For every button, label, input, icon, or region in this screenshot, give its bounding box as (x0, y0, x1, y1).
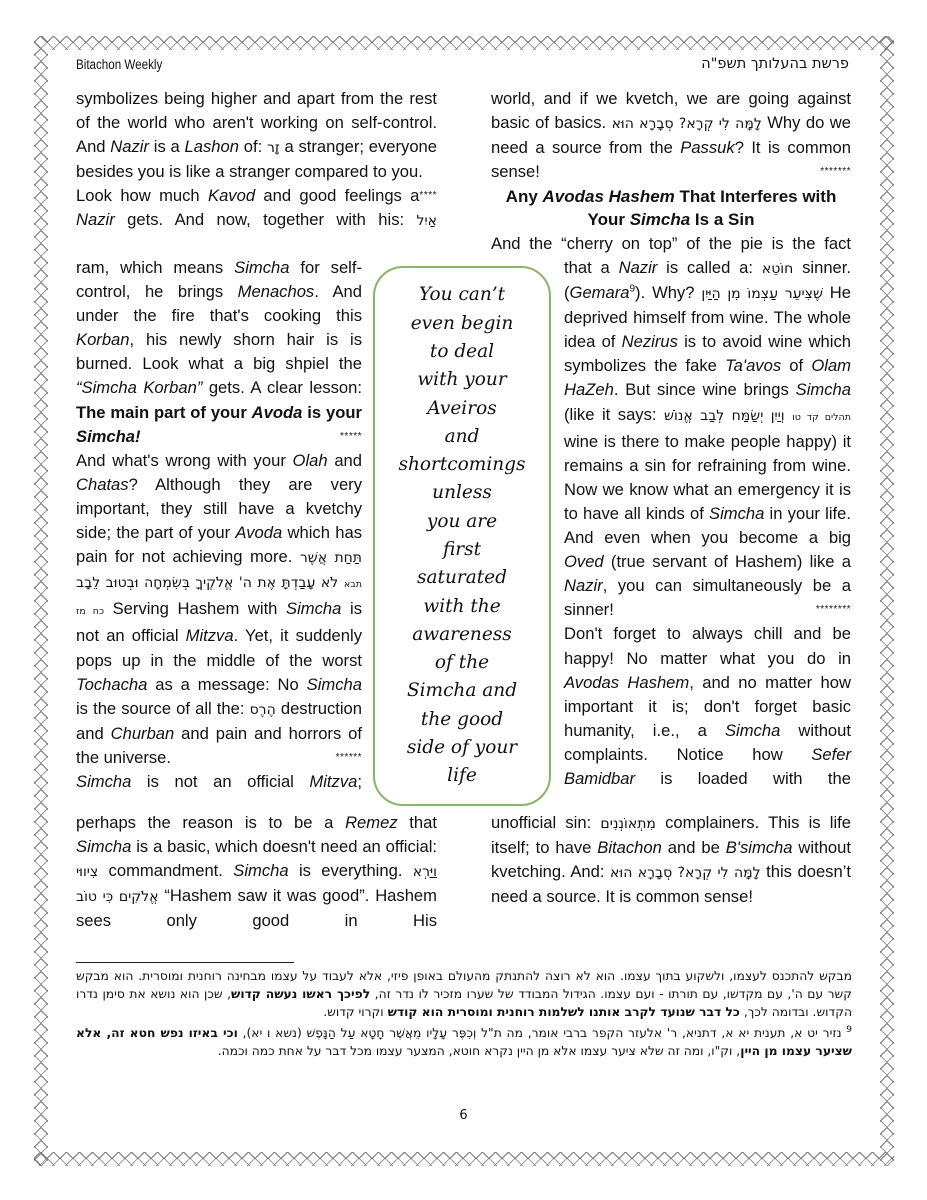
pull-quote-box: You can’t even begin to deal with your A… (373, 266, 551, 806)
paragraph: ram, which means Simcha for self-control… (76, 256, 362, 449)
page-border-bottom (34, 1152, 894, 1166)
pull-quote-line: to deal (430, 338, 494, 366)
section-divider-stars: ******* (820, 160, 851, 184)
pull-quote-line: of the (435, 649, 489, 677)
left-column-middle: ram, which means Simcha for self-control… (76, 256, 362, 794)
pull-quote-line: with your (417, 366, 506, 394)
footnote-8-continuation: מבקש להתכנס לעצמו, ולשקוע בתוך עצמו. הוא… (76, 967, 852, 1022)
pull-quote-line: awareness (412, 621, 512, 649)
footnote-number: 9 (846, 1025, 852, 1035)
page-border-right (880, 36, 894, 1166)
paragraph: Don't forget to always chill and be happ… (564, 622, 851, 791)
page-number: 6 (0, 1108, 927, 1123)
pull-quote-line: side of your (407, 734, 517, 762)
pull-quote-line: you are (427, 508, 497, 536)
section-divider-stars: ***** (340, 425, 362, 449)
section-divider-stars: **** (419, 184, 437, 208)
paragraph: Look how much Kavod and good feelings a … (76, 184, 437, 233)
section-divider-stars: ******** (816, 598, 851, 622)
pull-quote-line: the good (421, 706, 503, 734)
section-heading: Any Avodas Hashem That Interferes with Y… (491, 185, 851, 231)
left-column-top: symbolizes being higher and apart from t… (76, 87, 437, 234)
source-citation: תהלים קד טו (792, 412, 851, 423)
footnotes: מבקש להתכנס לעצמו, ולשקוע בתוך עצמו. הוא… (76, 967, 852, 1062)
pull-quote-line: You can’t (419, 281, 505, 309)
paragraph: Simcha is not an official Mitzva; (76, 770, 362, 794)
left-column-bottom: perhaps the reason is to be a Remez that… (76, 811, 437, 933)
header-publication-title: Bitachon Weekly (76, 57, 162, 72)
header-parsha-title: פרשת בהעלותך תשפ"ה (701, 56, 849, 72)
pull-quote-line: saturated (417, 564, 507, 592)
pull-quote-line: Aveiros (427, 395, 496, 423)
pull-quote-line: and (445, 423, 480, 451)
pull-quote-line: shortcomings (398, 451, 525, 479)
paragraph: symbolizes being higher and apart from t… (76, 87, 437, 184)
pull-quote-line: first (443, 536, 481, 564)
page-border-top (34, 36, 894, 50)
paragraph: unofficial sin: מִתְאוֹנְנִים complainer… (491, 811, 851, 909)
right-column-middle: that a Nazir is called a: חוֹטֵא sinner.… (564, 256, 851, 791)
paragraph: perhaps the reason is to be a Remez that… (76, 811, 437, 933)
footnote-separator (76, 962, 294, 963)
footnote-9: 9 נזיר יט א, תענית יא א, דתניא, ר' אלעזר… (76, 1024, 852, 1060)
pull-quote-line: Simcha and (407, 677, 517, 705)
section-divider-stars: ****** (336, 746, 362, 770)
right-column-top: world, and if we kvetch, we are going ag… (491, 87, 851, 256)
right-column-bottom: unofficial sin: מִתְאוֹנְנִים complainer… (491, 811, 851, 909)
paragraph: And the “cherry on top” of the pie is th… (491, 232, 851, 256)
pull-quote-line: even begin (411, 310, 514, 338)
paragraph: world, and if we kvetch, we are going ag… (491, 87, 851, 184)
paragraph: that a Nazir is called a: חוֹטֵא sinner.… (564, 256, 851, 622)
pull-quote-line: life (447, 762, 477, 790)
pull-quote-line: with the (423, 593, 500, 621)
pull-quote-line: unless (432, 479, 492, 507)
page-border-left (34, 36, 48, 1166)
paragraph: And what's wrong with your Olah and Chat… (76, 449, 362, 770)
